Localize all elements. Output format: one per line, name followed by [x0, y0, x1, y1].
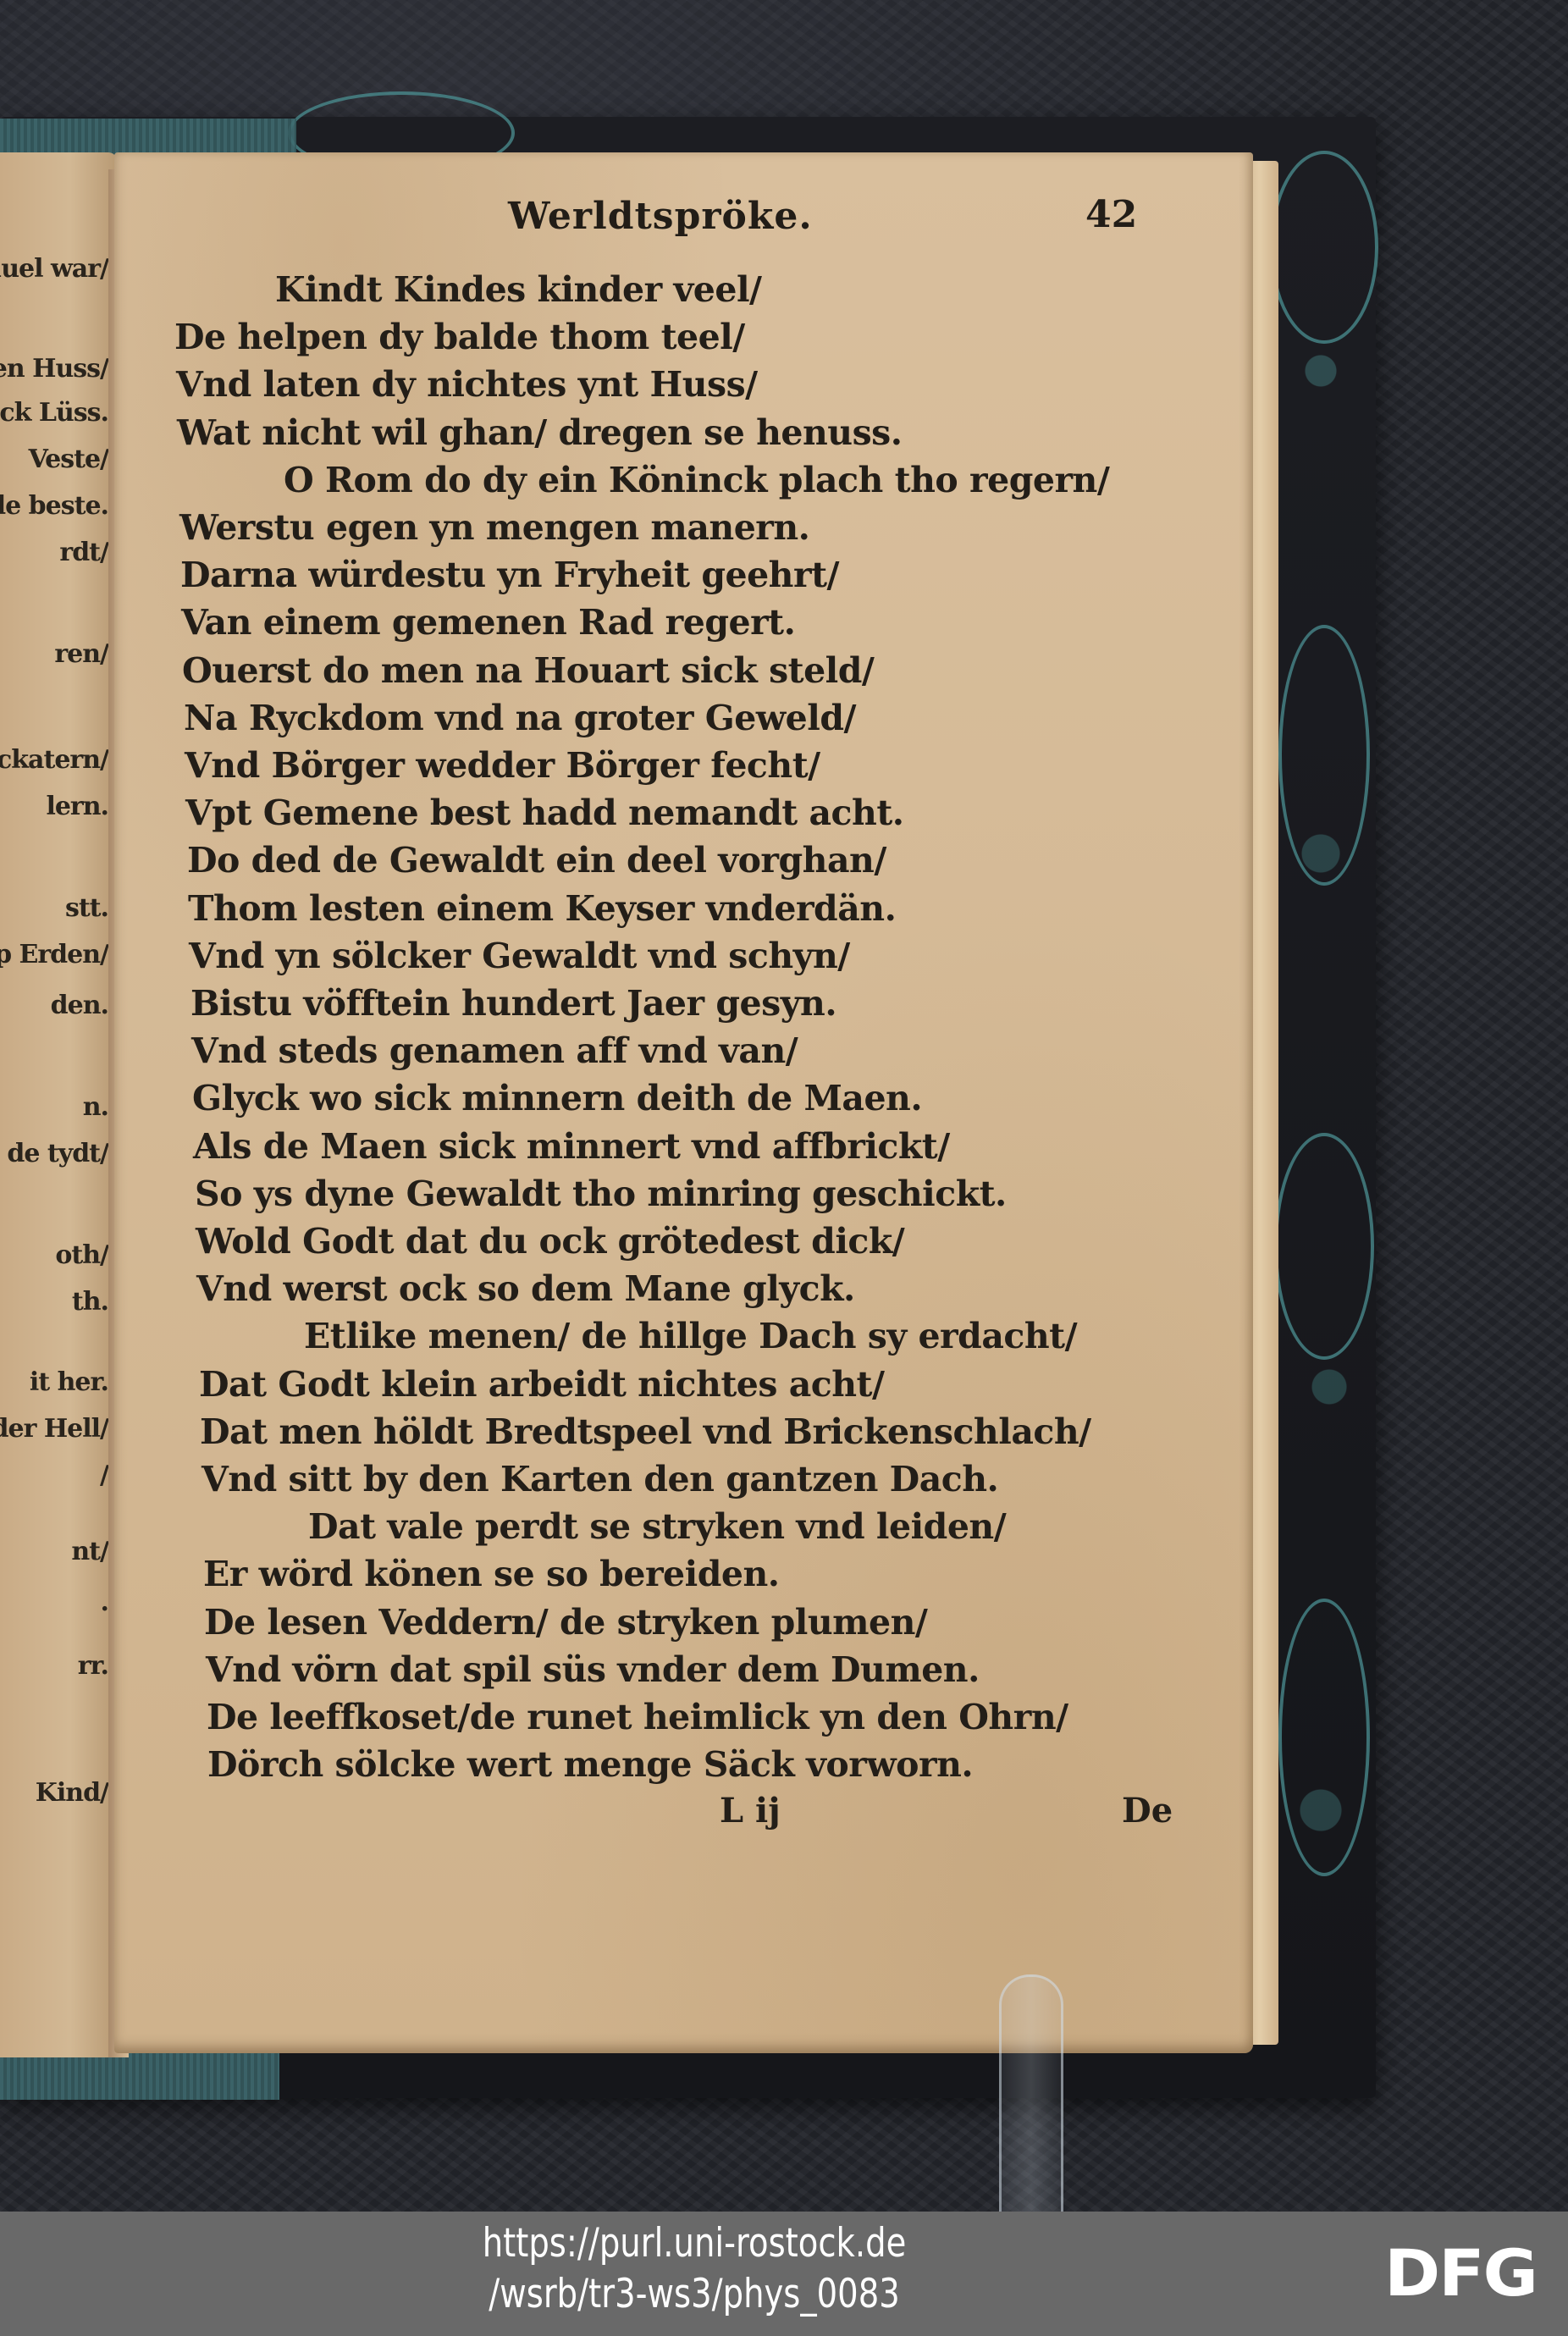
left-page-fragment: nt/	[71, 1537, 108, 1566]
verse-line: Dat vale perdt se stryken vnd leiden/	[308, 1506, 1006, 1547]
left-page-fragment: .	[101, 1588, 108, 1617]
verse-line: Vnd laten dy nichtes ynt Huss/	[176, 364, 758, 405]
signature-mark: L ij	[720, 1791, 781, 1831]
catchword: De	[1122, 1791, 1173, 1831]
marble-vein	[1270, 151, 1378, 344]
verse-line: De helpen dy balde thom teel/	[174, 317, 745, 357]
left-page-fragment: oth/	[55, 1240, 108, 1270]
verse-line: De lesen Veddern/ de stryken plumen/	[204, 1602, 927, 1643]
verse-line: Wold Godt dat du ock grötedest dick/	[196, 1221, 904, 1262]
verse-line: Werstu egen yn mengen manern.	[179, 507, 809, 548]
left-page-fragment: ren/	[54, 639, 108, 669]
verse-line: Vnd Börger wedder Börger fecht/	[185, 745, 820, 786]
left-page-fragment: g yn der Hell/	[0, 1414, 108, 1444]
verse-line: Dat men höldt Bredtspeel vnd Brickenschl…	[200, 1411, 1091, 1452]
verse-line: Vnd sitt by den Karten den gantzen Dach.	[202, 1459, 998, 1499]
left-page-fragment: agen Huss/	[0, 354, 108, 384]
left-page-fragment: lern.	[46, 792, 108, 821]
left-page-fragment: rdt/	[59, 538, 108, 567]
left-page-fragment: Kind/	[36, 1778, 108, 1808]
verse-line: Glyck wo sick minnern deith de Maen.	[192, 1078, 922, 1118]
verse-line: Etlike menen/ de hillge Dach sy erdacht/	[304, 1316, 1077, 1356]
verse-line: Vnd vörn dat spil süs vnder dem Dumen.	[206, 1649, 980, 1690]
left-page-fragment: it her.	[30, 1367, 108, 1397]
verse-line: De leeffkoset/de runet heimlick yn den O…	[207, 1697, 1068, 1737]
verse-line: So ys dyne Gewaldt tho minring geschickt…	[195, 1174, 1007, 1214]
left-page-fragment: /	[100, 1461, 108, 1490]
dfg-logo: DFG	[1384, 2248, 1554, 2299]
verse-line: Wat nicht wil ghan/ dregen se henuss.	[177, 412, 903, 453]
verse-line: Er wörd könen se so bereiden.	[203, 1554, 780, 1594]
verse-line: Kindt Kindes kinder veel/	[275, 269, 762, 310]
marble-vein	[1278, 625, 1370, 886]
verse-line: Dat Godt klein arbeidt nichtes acht/	[199, 1364, 884, 1405]
left-page-fragment: üuel war/	[0, 254, 108, 284]
left-page-fragment: Veste/	[29, 445, 108, 474]
plastic-page-clip	[999, 1974, 1063, 2223]
verse-line: Vnd yn sölcker Gewaldt vnd schyn/	[189, 936, 850, 976]
footer-url-line2[interactable]: /wsrb/tr3-ws3/phys_0083	[125, 2271, 1264, 2317]
verse-line: Bistu vöfftein hundert Jaer gesyn.	[190, 983, 836, 1024]
verse-line: Vnd steds genamen aff vnd van/	[191, 1030, 798, 1071]
verse-line: Ouerst do men na Houart sick steld/	[182, 650, 874, 691]
left-page-fragment: den.	[51, 991, 108, 1020]
marble-vein	[1274, 1133, 1374, 1360]
left-page-fragment: n sy de beste.	[0, 491, 108, 521]
verse-line: Vpt Gemene best hadd nemandt acht.	[185, 792, 904, 833]
left-page: üuel war/agen Huss/ck Lüss.Veste/n sy de…	[0, 152, 117, 2057]
left-page-fragment: stt.	[65, 893, 108, 923]
left-page-fragment: th.	[72, 1287, 108, 1317]
running-head: Werldtspröke.	[508, 195, 813, 238]
verse-line: Darna würdestu yn Fryheit geehrt/	[180, 555, 839, 595]
left-page-fragment: n.	[83, 1092, 108, 1122]
verse-line: Dörch sölcke wert menge Säck vorworn.	[207, 1744, 973, 1785]
verse-line: Do ded de Gewaldt ein deel vorghan/	[187, 840, 886, 881]
left-page-fragment: banckatern/	[0, 745, 108, 775]
verse-line: Thom lesten einem Keyser vnderdän.	[188, 888, 896, 929]
verse-line: Van einem gemenen Rad regert.	[181, 602, 795, 643]
left-page-fragment: vp Erden/	[0, 940, 108, 969]
left-page-fragment: ck Lüss.	[0, 398, 108, 428]
verse-line: O Rom do dy ein Köninck plach tho regern…	[284, 460, 1109, 500]
footer-bar: https://purl.uni-rostock.de /wsrb/tr3-ws…	[0, 2212, 1568, 2336]
left-page-fragment: rr.	[78, 1651, 108, 1681]
verse-line: Na Ryckdom vnd na groter Geweld/	[184, 698, 856, 738]
verse-line: Vnd werst ock so dem Mane glyck.	[196, 1268, 855, 1309]
marble-vein	[1278, 1599, 1370, 1876]
left-page-fragment: üst de tydt/	[0, 1139, 108, 1168]
verse-line: Als de Maen sick minnert vnd affbrickt/	[193, 1126, 950, 1167]
page-number: 42	[1085, 193, 1137, 236]
footer-url-line1[interactable]: https://purl.uni-rostock.de	[125, 2220, 1264, 2267]
